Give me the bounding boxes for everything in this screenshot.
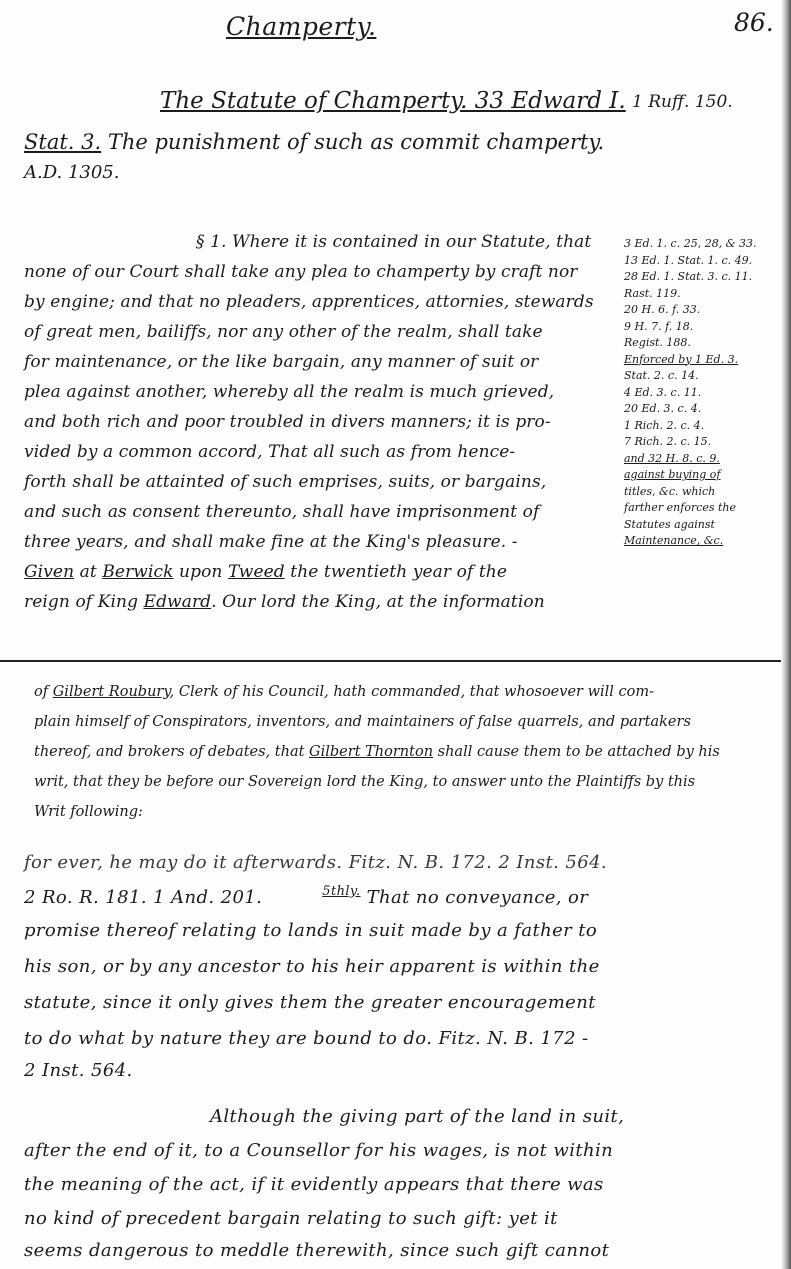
text-line: promise thereof relating to lands in sui… xyxy=(24,920,597,941)
margin-note: titles, &c. which xyxy=(624,484,790,501)
statute-date: A.D. 1305. xyxy=(24,162,119,183)
text-line: Although the giving part of the land in … xyxy=(210,1106,624,1127)
margin-note: Statutes against xyxy=(624,517,790,534)
margin-notes: 3 Ed. 1. c. 25, 28, & 33. 13 Ed. 1. Stat… xyxy=(624,236,790,550)
margin-note: 20 H. 6. f. 33. xyxy=(624,302,790,319)
margin-note: 1 Rich. 2. c. 4. xyxy=(624,418,790,435)
stat-label: Stat. 3. xyxy=(24,130,101,154)
text-line: statute, since it only gives them the gr… xyxy=(24,992,596,1013)
text-line: reign of King Edward. Our lord the King,… xyxy=(24,592,545,612)
text-line: by engine; and that no pleaders, apprent… xyxy=(24,292,594,312)
margin-note: 3 Ed. 1. c. 25, 28, & 33. xyxy=(624,236,790,253)
text-line: vided by a common accord, That all such … xyxy=(24,442,515,462)
page-edge-shadow xyxy=(781,0,791,1269)
section-divider xyxy=(0,660,791,662)
stat-description: The punishment of such as commit champer… xyxy=(101,130,604,154)
text-line: 2 Inst. 564. xyxy=(24,1060,133,1081)
text-line: three years, and shall make fine at the … xyxy=(24,532,518,552)
text-line: thereof, and brokers of debates, that Gi… xyxy=(34,744,720,760)
margin-note: 20 Ed. 3. c. 4. xyxy=(624,401,790,418)
place-name: Tweed xyxy=(228,562,285,582)
king-name: Edward xyxy=(144,592,212,612)
text-line: and both rich and poor troubled in diver… xyxy=(24,412,551,432)
text-line: after the end of it, to a Counsellor for… xyxy=(24,1140,613,1161)
text-line: plea against another, whereby all the re… xyxy=(24,382,554,402)
text-line: and such as consent thereunto, shall hav… xyxy=(24,502,539,522)
text-line: Given at Berwick upon Tweed the twentiet… xyxy=(24,562,507,582)
margin-note: 4 Ed. 3. c. 11. xyxy=(624,385,790,402)
text-line: none of our Court shall take any plea to… xyxy=(24,262,578,282)
margin-note: and 32 H. 8. c. 9. xyxy=(624,451,790,468)
margin-note: 13 Ed. 1. Stat. 1. c. 49. xyxy=(624,253,790,270)
numbered-marker: 5thly. xyxy=(322,884,360,899)
margin-note: farther enforces the xyxy=(624,500,790,517)
margin-note: Maintenance, &c. xyxy=(624,533,790,550)
margin-note: Stat. 2. c. 14. xyxy=(624,368,790,385)
text-line: for ever, he may do it afterwards. Fitz.… xyxy=(24,852,607,873)
text-line: the meaning of the act, if it evidently … xyxy=(24,1174,604,1195)
margin-note: Regist. 188. xyxy=(624,335,790,352)
text-line: no kind of precedent bargain relating to… xyxy=(24,1208,558,1229)
text-line: forth shall be attainted of such emprise… xyxy=(24,472,546,492)
person-name: Gilbert Roubury xyxy=(53,684,170,700)
margin-note: 28 Ed. 1. Stat. 3. c. 11. xyxy=(624,269,790,286)
margin-note: 7 Rich. 2. c. 15. xyxy=(624,434,790,451)
margin-reference: 1 Ruff. 150. xyxy=(632,92,733,112)
text-line: Writ following: xyxy=(34,804,143,820)
text-line: of great men, bailiffs, nor any other of… xyxy=(24,322,543,342)
margin-note: 9 H. 7. f. 18. xyxy=(624,319,790,336)
text-line: seems dangerous to meddle therewith, sin… xyxy=(24,1240,609,1261)
statute-subheading: Stat. 3. The punishment of such as commi… xyxy=(24,130,604,154)
text-line: of Gilbert Roubury, Clerk of his Council… xyxy=(34,684,654,700)
text-line: § 1. Where it is contained in our Statut… xyxy=(196,232,591,252)
page-number: 86. xyxy=(734,8,774,37)
person-name: Gilbert Thornton xyxy=(309,744,433,760)
text-line: for maintenance, or the like bargain, an… xyxy=(24,352,538,372)
page-title: Champerty. xyxy=(226,12,376,41)
text-line: 2 Ro. R. 181. 1 And. 201.5thly. That no … xyxy=(24,884,588,908)
text-line: his son, or by any ancestor to his heir … xyxy=(24,956,600,977)
text-line: writ, that they be before our Sovereign … xyxy=(34,774,695,790)
margin-note: against buying of xyxy=(624,467,790,484)
text-line: plain himself of Conspirators, inventors… xyxy=(34,714,691,730)
place-name: Berwick xyxy=(102,562,173,582)
statute-heading: The Statute of Champerty. 33 Edward I. xyxy=(160,88,626,114)
manuscript-page: Champerty. 86. The Statute of Champerty.… xyxy=(0,0,791,1269)
margin-note: Rast. 119. xyxy=(624,286,790,303)
text-line: to do what by nature they are bound to d… xyxy=(24,1028,589,1049)
margin-note: Enforced by 1 Ed. 3. xyxy=(624,352,790,369)
